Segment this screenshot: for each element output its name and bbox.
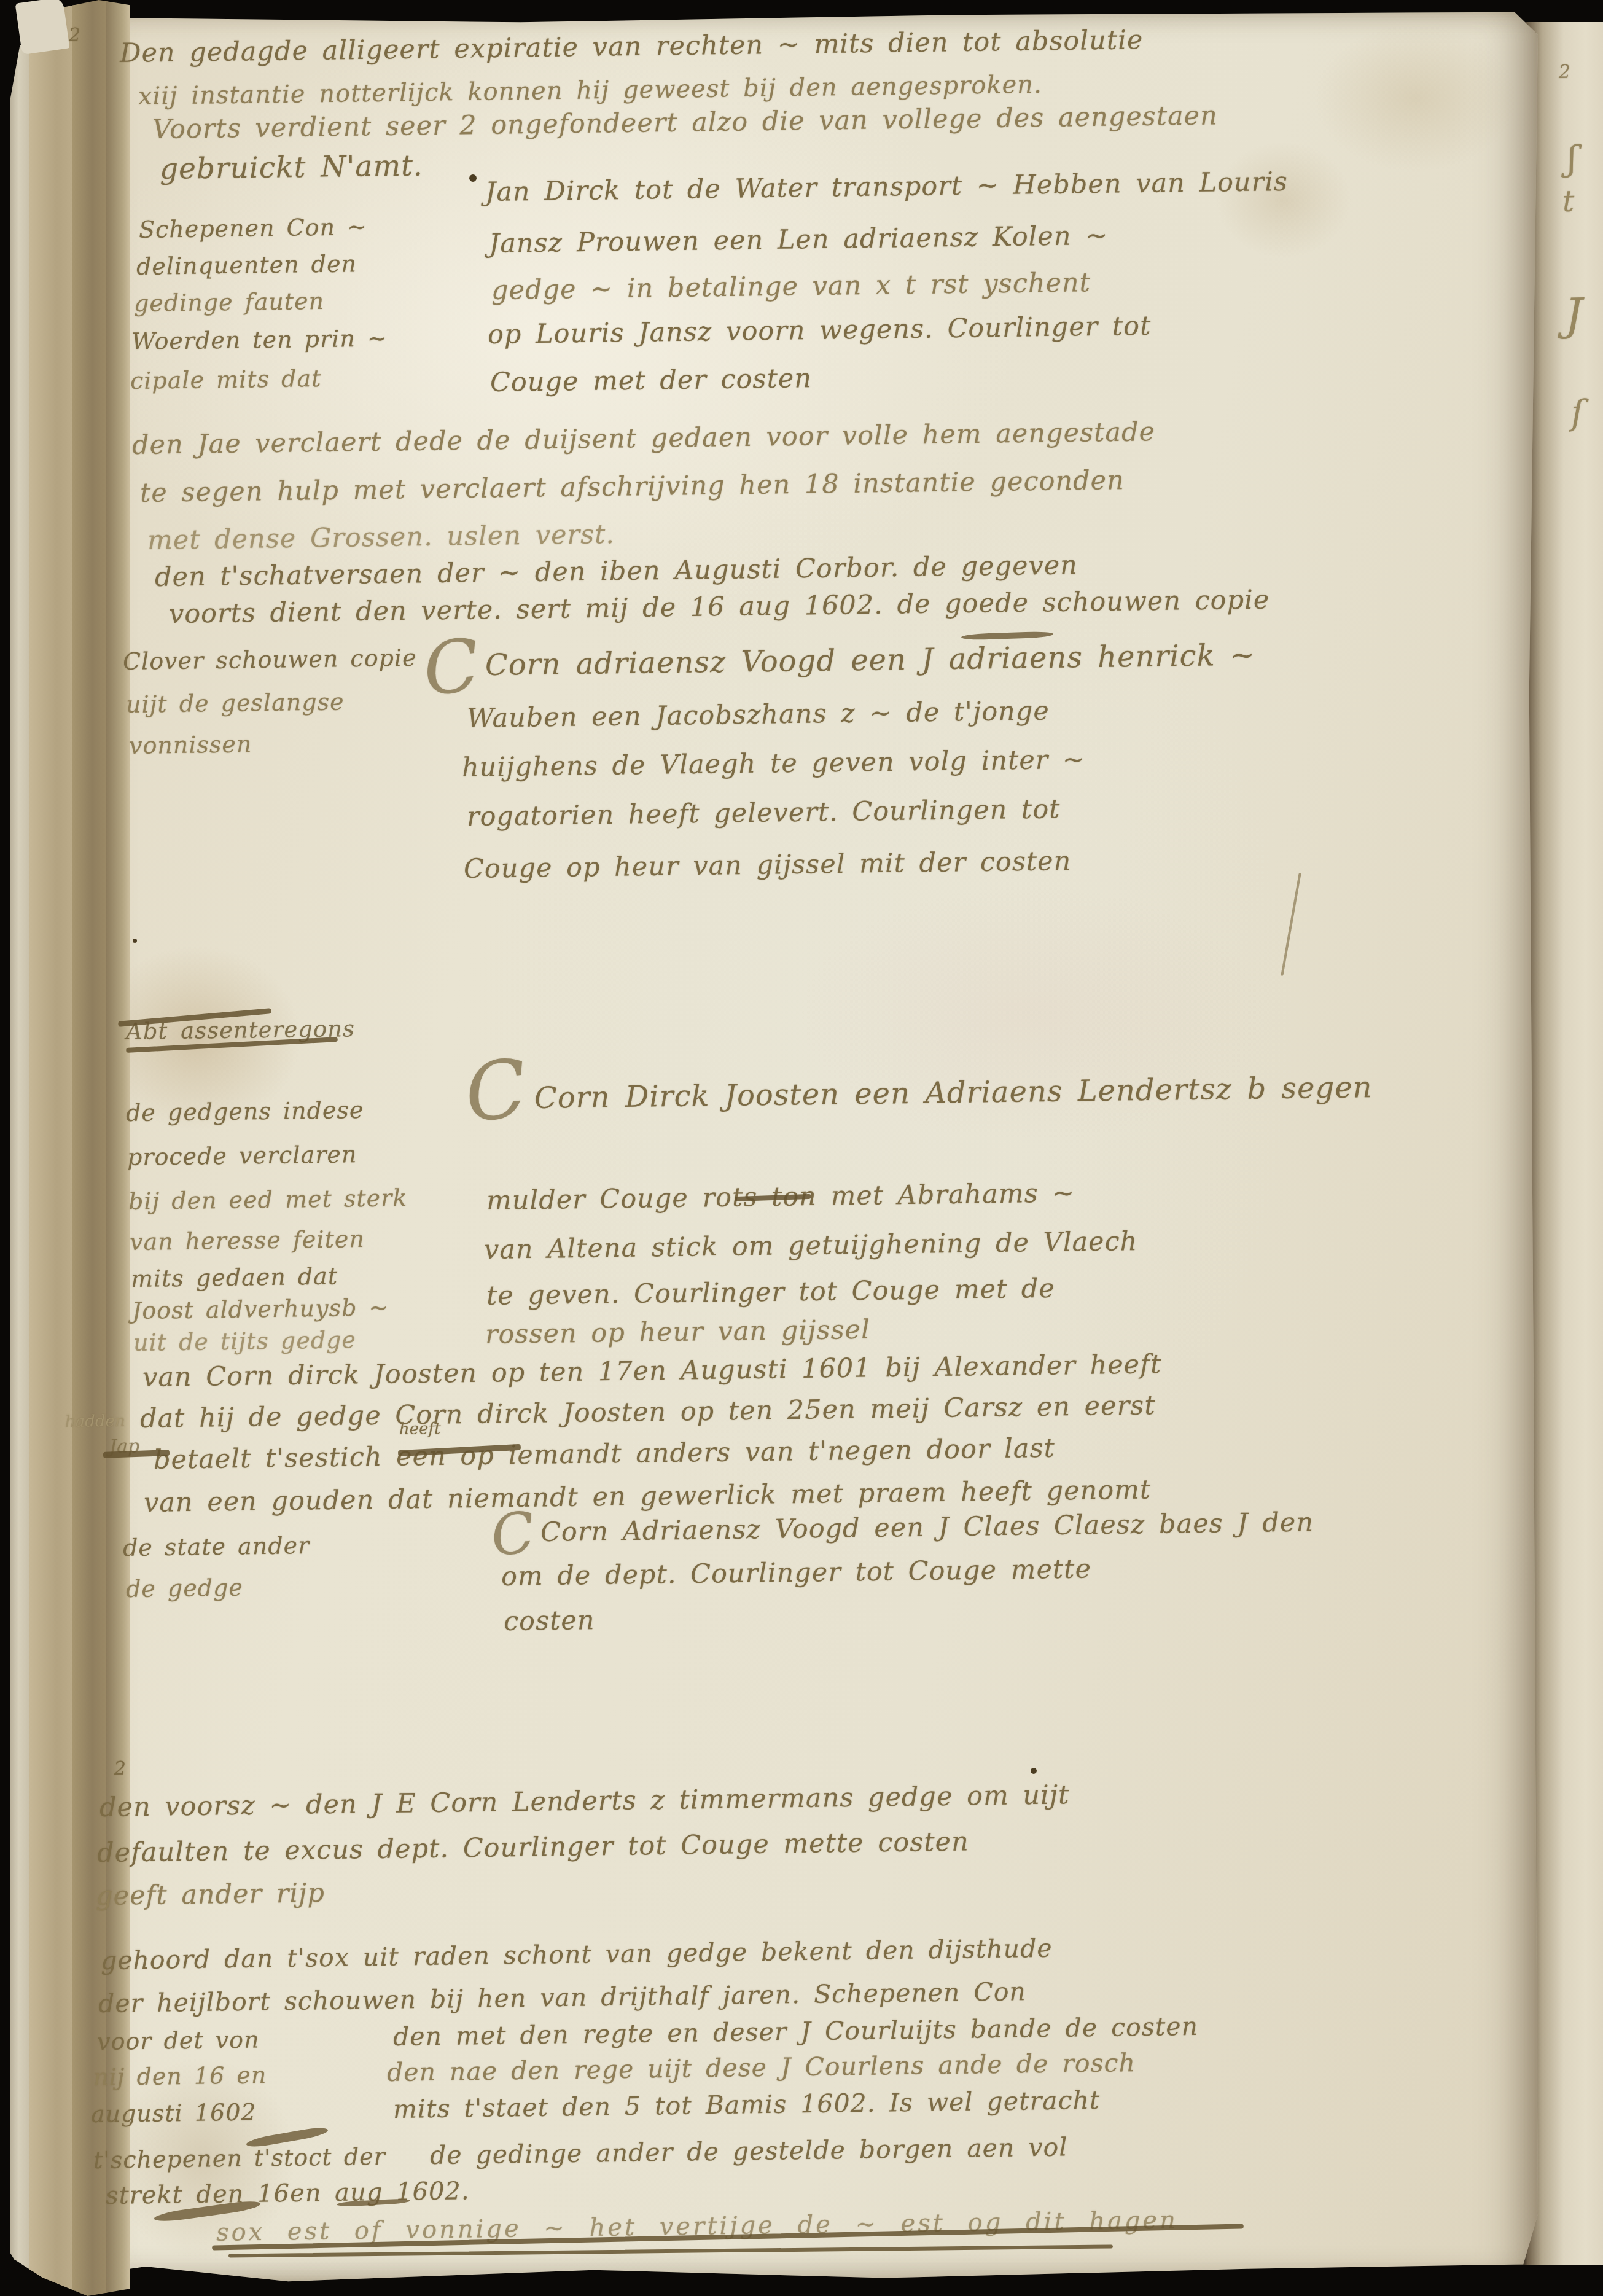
margin-note: nij den 16 en — [93, 2061, 267, 2091]
initial-flourish: C — [419, 622, 483, 713]
initial-flourish: C — [488, 1499, 537, 1569]
ink-dot — [1031, 1768, 1037, 1774]
inserted-word: heeft — [399, 1419, 441, 1439]
margin-note: van heresse feiten — [130, 1225, 365, 1255]
margin-insertion: hadden — [65, 1412, 125, 1431]
initial-flourish: C — [461, 1041, 531, 1141]
margin-note: mits gedaen dat — [131, 1263, 338, 1292]
facing-text-fragment: t — [1562, 184, 1575, 219]
manuscript-line: met dense Grossen. uslen verst. — [147, 519, 615, 556]
facing-folio-number: 2 — [1559, 61, 1571, 83]
page-edge-strip — [29, 0, 75, 2296]
page-edge-strip — [10, 0, 32, 2296]
folio-number: 2 — [69, 25, 81, 46]
margin-note: de state ander — [123, 1532, 310, 1561]
ink-dot — [133, 939, 137, 943]
margin-note: procede verclaren — [127, 1141, 357, 1171]
ink-dot — [469, 174, 477, 182]
margin-note: gedinge fauten — [134, 287, 325, 317]
margin-note: de gedge — [126, 1574, 243, 1603]
entry-number-mark: 2 — [114, 1758, 127, 1779]
entry-body-line: rossen op heur van gijssel — [485, 1314, 870, 1350]
manuscript-line: gebruickt N'amt. — [160, 149, 424, 186]
facing-text-fragment: ʃ — [1567, 139, 1577, 179]
margin-note: vonnissen — [129, 730, 252, 759]
entry-body-line: Couge met der costen — [490, 363, 813, 398]
margin-note: de gedgens indese — [126, 1096, 364, 1127]
manuscript-line: geeft ander rijp — [96, 1878, 326, 1911]
facing-text-fragment: J — [1564, 289, 1583, 340]
manuscript-photo: { "colors": {"ink": "#7c6b45", "paper": … — [0, 0, 1603, 2296]
margin-note: augusti 1602 — [91, 2098, 257, 2128]
margin-note: cipale mits dat — [130, 365, 322, 394]
margin-note: Woerden ten prin ~ — [131, 325, 388, 355]
entry-body-line: costen — [504, 1605, 595, 1637]
margin-note: bij den eed met sterk — [128, 1184, 408, 1215]
margin-note: delinquenten den — [136, 250, 357, 280]
margin-note: uijt de geslangse — [126, 688, 345, 718]
torn-page-corner — [15, 0, 70, 55]
margin-note: Clover schouwen copie — [123, 644, 417, 675]
margin-note: uit de tijts gedge — [133, 1326, 356, 1356]
margin-note: Schepenen Con ~ — [139, 213, 367, 243]
margin-note: voor det von — [97, 2026, 260, 2055]
manuscript-line: strekt den 16en aug 1602. — [106, 2177, 470, 2210]
margin-note: t'schepenen t'stoct der — [93, 2143, 386, 2174]
margin-note: Joost aldverhuysb ~ — [132, 1294, 389, 1324]
facing-text-fragment: ſ — [1571, 393, 1585, 433]
